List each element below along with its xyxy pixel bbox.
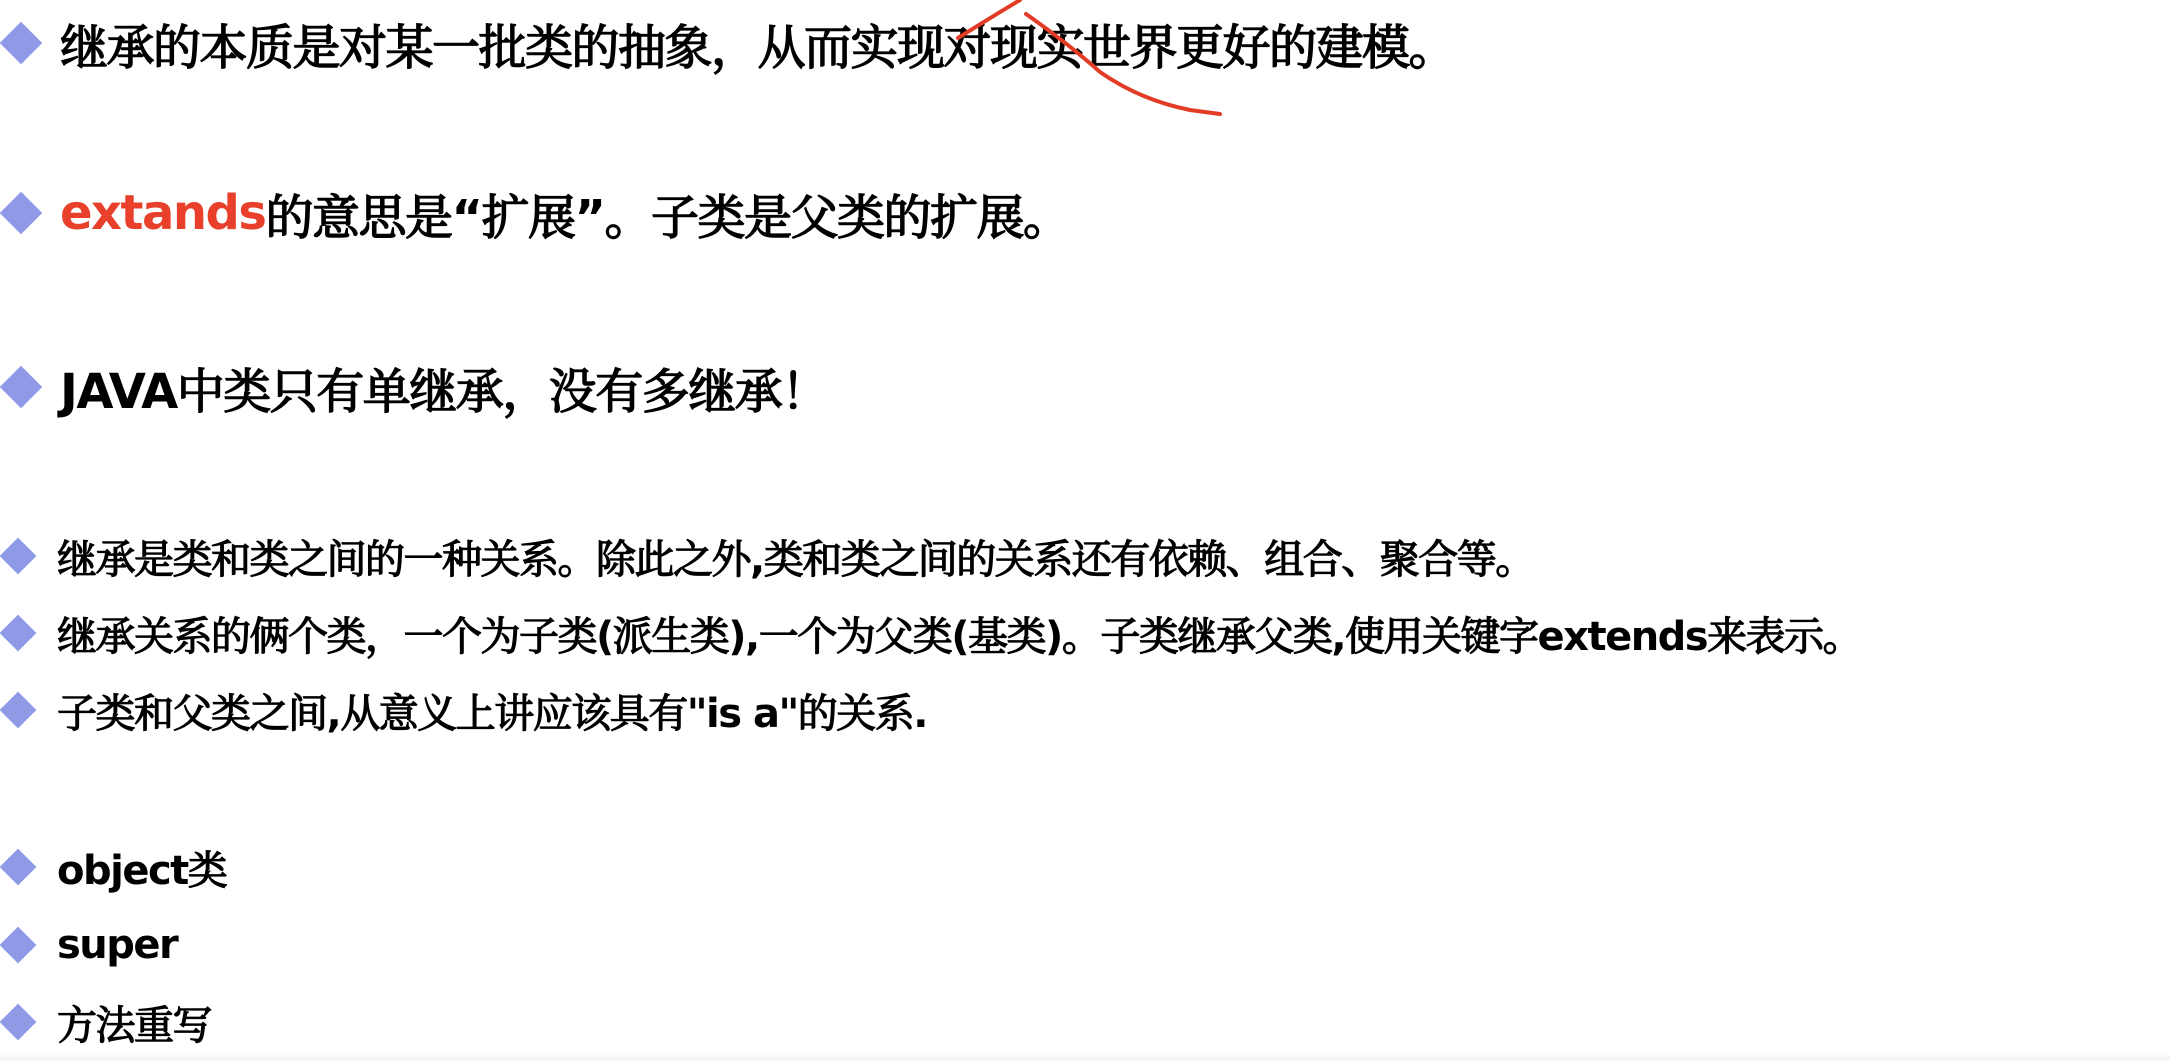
bullet-text: 继承的本质是对某一批类的抽象，从而实现对现实世界更好的建模。 (60, 9, 1455, 78)
extands-keyword: extands (60, 185, 265, 241)
bullet-is-a-relationship: 子类和父类之间,从意义上讲应该具有"is a"的关系. (0, 686, 927, 734)
diamond-bullet-icon (0, 692, 36, 729)
diamond-bullet-icon (0, 615, 36, 652)
bullet-extends-meaning: extands 的意思是“扩展”。子类是父类的扩展。 (0, 186, 1070, 240)
bullet-text: JAVA中类只有单继承，没有多继承！ (60, 353, 828, 422)
bullet-text: 方法重写 (57, 994, 211, 1051)
bullet-text: super (57, 922, 177, 968)
bullet-text: 继承关系的俩个类，一个为子类(派生类),一个为父类(基类)。子类继承父类,使用关… (57, 605, 1861, 662)
diamond-bullet-icon (0, 1004, 36, 1041)
bullet-text: 继承是类和类之间的一种关系。除此之外,类和类之间的关系还有依赖、组合、聚合等。 (57, 528, 1534, 585)
bullet-class-relationships: 继承是类和类之间的一种关系。除此之外,类和类之间的关系还有依赖、组合、聚合等。 (0, 532, 1534, 580)
diamond-bullet-icon (0, 927, 36, 964)
bullet-method-override: 方法重写 (0, 998, 211, 1046)
diamond-bullet-icon (0, 849, 36, 886)
bullet-inheritance-essence: 继承的本质是对某一批类的抽象，从而实现对现实世界更好的建模。 (0, 16, 1455, 70)
bullet-parent-child-classes: 继承关系的俩个类，一个为子类(派生类),一个为父类(基类)。子类继承父类,使用关… (0, 609, 1861, 657)
bullet-object-class: object类 (0, 843, 226, 891)
diamond-bullet-icon (0, 366, 42, 408)
bullet-text: 的意思是“扩展”。子类是父类的扩展。 (265, 179, 1069, 248)
bottom-edge-band (0, 1052, 2170, 1060)
bullet-single-inheritance: JAVA中类只有单继承，没有多继承！ (0, 360, 828, 414)
bullet-text: object类 (57, 839, 226, 896)
diamond-bullet-icon (0, 192, 42, 234)
bullet-text: 子类和父类之间,从意义上讲应该具有"is a"的关系. (57, 682, 927, 739)
bullet-super: super (0, 921, 177, 969)
diamond-bullet-icon (0, 538, 36, 575)
diamond-bullet-icon (0, 22, 42, 64)
